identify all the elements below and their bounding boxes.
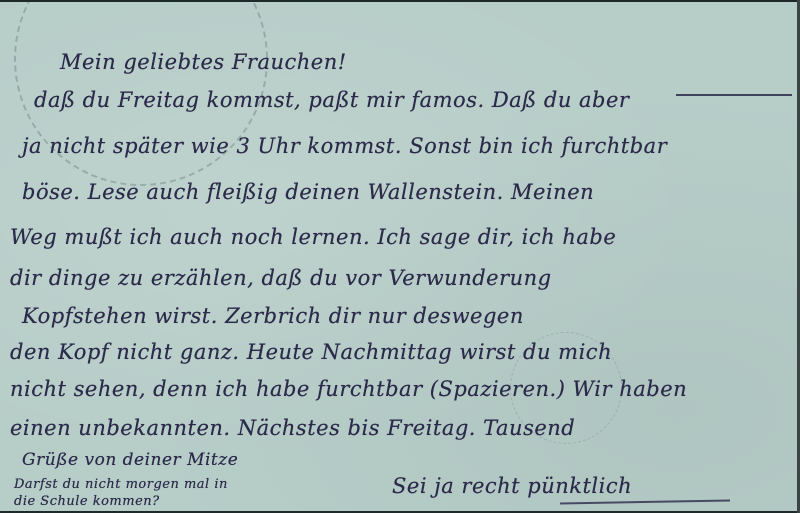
- postscript-line-1: Darfst du nicht morgen mal in: [14, 477, 228, 492]
- closing-signoff: Sei ja recht pünktlich: [392, 474, 632, 498]
- salutation: Mein geliebtes Frauchen!: [60, 50, 347, 74]
- text-line-1: daß du Freitag kommst, paßt mir famos. D…: [34, 88, 629, 112]
- text-line-7: den Kopf nicht ganz. Heute Nachmittag wi…: [10, 340, 612, 364]
- text-line-4: Weg mußt ich auch noch lernen. Ich sage …: [10, 225, 616, 249]
- text-line-8: nicht sehen, denn ich habe furchtbar (Sp…: [10, 377, 687, 401]
- signoff-underline: [560, 500, 730, 505]
- postscript-line-2: die Schule kommen?: [14, 494, 160, 509]
- text-line-6: Kopfstehen wirst. Zerbrich dir nur deswe…: [22, 304, 524, 328]
- postcard: Mein geliebtes Frauchen! daß du Freitag …: [0, 2, 797, 511]
- closing-greeting: Grüße von deiner Mitze: [22, 450, 238, 470]
- text-line-2: ja nicht später wie 3 Uhr kommst. Sonst …: [22, 134, 667, 158]
- text-line-9: einen unbekannten. Nächstes bis Freitag.…: [10, 416, 575, 440]
- line-filler-dash: [676, 94, 792, 96]
- text-line-3: böse. Lese auch fleißig deinen Wallenste…: [22, 180, 594, 204]
- text-line-5: dir dinge zu erzählen, daß du vor Verwun…: [10, 266, 552, 290]
